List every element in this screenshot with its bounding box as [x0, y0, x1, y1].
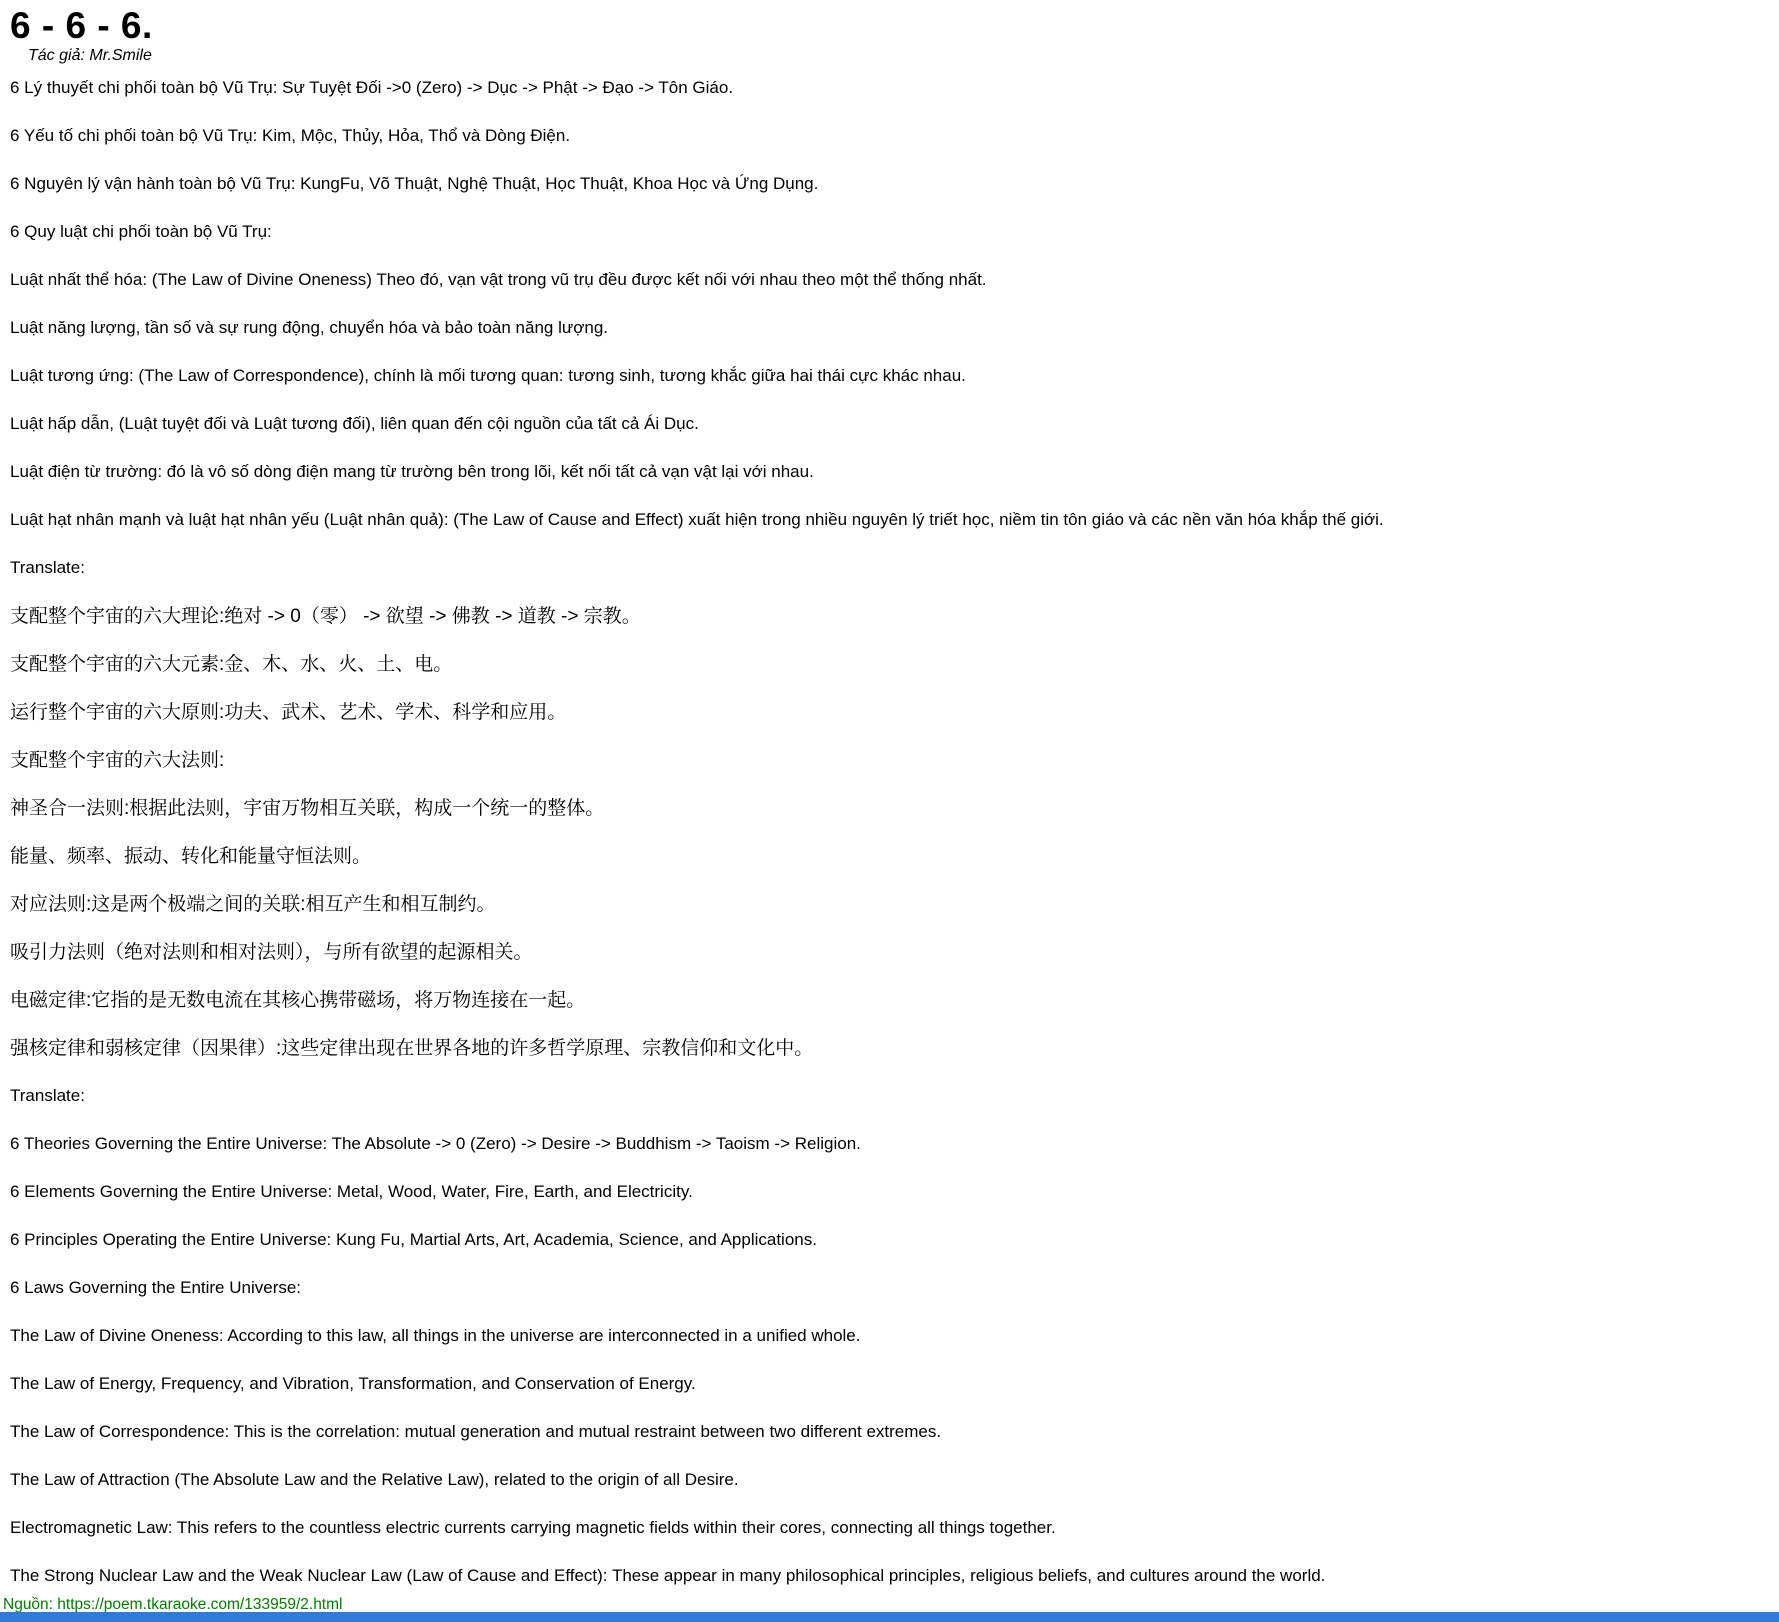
chinese-line: 支配整个宇宙的六大法则:	[10, 750, 1779, 772]
vietnamese-line: Luật tương ứng: (The Law of Corresponden…	[10, 366, 1779, 386]
vietnamese-line: 6 Quy luật chi phối toàn bộ Vũ Trụ:	[10, 222, 1779, 242]
english-line: The Law of Attraction (The Absolute Law …	[10, 1470, 1779, 1490]
translate-label: Translate:	[10, 558, 1779, 578]
english-line: 6 Elements Governing the Entire Universe…	[10, 1182, 1779, 1202]
chinese-line: 对应法则:这是两个极端之间的关联:相互产生和相互制约。	[10, 894, 1779, 916]
chinese-line: 吸引力法则（绝对法则和相对法则），与所有欲望的起源相关。	[10, 942, 1779, 964]
vietnamese-line: 6 Lý thuyết chi phối toàn bộ Vũ Trụ: Sự …	[10, 78, 1779, 98]
bottom-bar	[0, 1612, 1779, 1622]
chinese-section: 支配整个宇宙的六大理论:绝对 -> 0（零） -> 欲望 -> 佛教 -> 道教…	[10, 606, 1779, 1060]
chinese-line: 支配整个宇宙的六大理论:绝对 -> 0（零） -> 欲望 -> 佛教 -> 道教…	[10, 606, 1779, 628]
vietnamese-line: Luật hấp dẫn, (Luật tuyệt đối và Luật tư…	[10, 414, 1779, 434]
author-line: Tác giả: Mr.Smile	[10, 46, 1779, 65]
vietnamese-line: Luật hạt nhân mạnh và luật hạt nhân yếu …	[10, 510, 1779, 530]
english-line: The Strong Nuclear Law and the Weak Nucl…	[10, 1566, 1779, 1586]
english-line: 6 Laws Governing the Entire Universe:	[10, 1278, 1779, 1298]
english-line: The Law of Energy, Frequency, and Vibrat…	[10, 1374, 1779, 1394]
english-line: The Law of Correspondence: This is the c…	[10, 1422, 1779, 1442]
chinese-line: 强核定律和弱核定律（因果律）:这些定律出现在世界各地的许多哲学原理、宗教信仰和文…	[10, 1038, 1779, 1060]
vietnamese-line: Luật nhất thể hóa: (The Law of Divine On…	[10, 270, 1779, 290]
chinese-line: 支配整个宇宙的六大元素:金、木、水、火、土、电。	[10, 654, 1779, 676]
english-line: 6 Theories Governing the Entire Universe…	[10, 1134, 1779, 1154]
poem-page: 6 - 6 - 6. Tác giả: Mr.Smile 6 Lý thuyết…	[0, 0, 1779, 1622]
vietnamese-line: 6 Nguyên lý vận hành toàn bộ Vũ Trụ: Kun…	[10, 174, 1779, 194]
english-line: 6 Principles Operating the Entire Univer…	[10, 1230, 1779, 1250]
page-content: 6 - 6 - 6. Tác giả: Mr.Smile 6 Lý thuyết…	[0, 0, 1779, 1586]
vietnamese-line: Luật điện từ trường: đó là vô số dòng đi…	[10, 462, 1779, 482]
chinese-line: 能量、频率、振动、转化和能量守恒法则。	[10, 846, 1779, 868]
english-line: Electromagnetic Law: This refers to the …	[10, 1518, 1779, 1538]
translate-label: Translate:	[10, 1086, 1779, 1106]
page-title: 6 - 6 - 6.	[10, 6, 1779, 46]
chinese-line: 运行整个宇宙的六大原则:功夫、武术、艺术、学术、科学和应用。	[10, 702, 1779, 724]
english-section: 6 Theories Governing the Entire Universe…	[10, 1134, 1779, 1586]
english-line: The Law of Divine Oneness: According to …	[10, 1326, 1779, 1346]
vietnamese-line: Luật năng lượng, tần số và sự rung động,…	[10, 318, 1779, 338]
vietnamese-section: 6 Lý thuyết chi phối toàn bộ Vũ Trụ: Sự …	[10, 78, 1779, 530]
vietnamese-line: 6 Yếu tố chi phối toàn bộ Vũ Trụ: Kim, M…	[10, 126, 1779, 146]
chinese-line: 神圣合一法则:根据此法则，宇宙万物相互关联，构成一个统一的整体。	[10, 798, 1779, 820]
chinese-line: 电磁定律:它指的是无数电流在其核心携带磁场，将万物连接在一起。	[10, 990, 1779, 1012]
poem-body: 6 Lý thuyết chi phối toàn bộ Vũ Trụ: Sự …	[10, 78, 1779, 1586]
